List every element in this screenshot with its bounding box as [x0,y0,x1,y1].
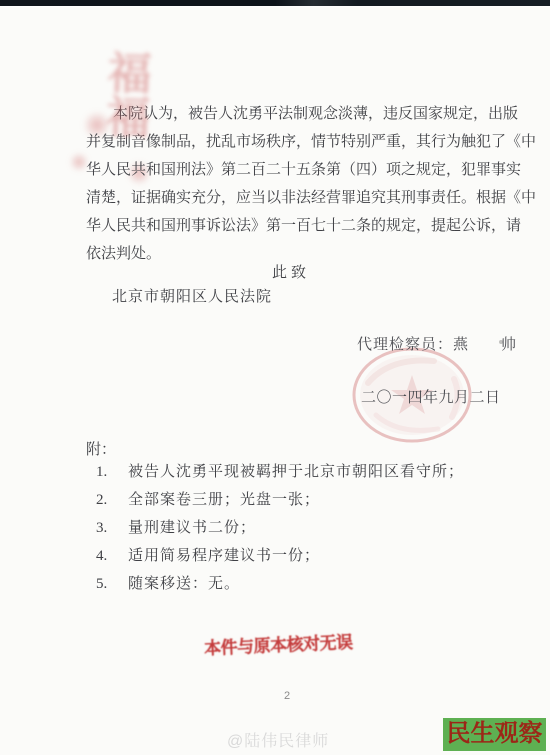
attachments-list: 1. 被告人沈勇平现被羁押于北京市朝阳区看守所； 2. 全部案卷三册；光盘一张；… [96,462,516,602]
court-name-line: 北京市朝阳区人民法院 [112,285,272,306]
attachment-number: 4. [96,546,128,574]
lawyer-watermark: @陆伟民律师 [227,728,329,751]
attachment-item: 5. 随案移送：无。 [96,574,516,602]
attachment-item: 4. 适用简易程序建议书一份； [96,546,516,574]
body-line: 华人民共和国刑法》第二百二十五条第（四）项之规定，犯罪事实 [86,156,514,184]
attachment-item: 3. 量刑建议书二份； [96,518,516,546]
prosecutor-title: 代理检察员： [357,337,453,353]
attachment-text: 量刑建议书二份； [128,518,256,546]
body-line: 并复制音像制品，扰乱市场秩序，情节特别严重，其行为触犯了《中 [86,128,514,156]
partial-red-seal: 福福 [97,49,150,139]
page-number: 2 [284,690,290,702]
attachment-item: 1. 被告人沈勇平现被羁押于北京市朝阳区看守所； [96,462,516,490]
prosecutor-name: 燕 帅 [453,337,517,353]
attachment-number: 2. [96,490,128,518]
badge-text: 民生观察 [447,718,543,751]
scanned-document-page: 福福 本院认为，被告人沈勇平法制观念淡薄，违反国家规定，出版 并复制音像制品，扰… [0,0,550,755]
attachment-text: 被告人沈勇平现被羁押于北京市朝阳区看守所； [128,462,464,490]
verification-stamp: 本件与原本核对无误 [204,628,353,659]
minsheng-observer-badge: 民生观察 [443,718,546,751]
salutation-line: 此致 [272,261,310,282]
attachment-text: 全部案卷三册；光盘一张； [128,490,320,518]
attachment-number: 5. [96,574,128,602]
attachment-text: 适用简易程序建议书一份； [128,546,320,574]
body-line: 本院认为，被告人沈勇平法制观念淡薄，违反国家规定，出版 [86,100,514,128]
body-line: 清楚，证据确实充分，应当以非法经营罪追究其刑事责任。根据《中 [86,184,514,212]
body-paragraph: 本院认为，被告人沈勇平法制观念淡薄，违反国家规定，出版 并复制音像制品，扰乱市场… [86,100,514,268]
attachment-number: 1. [96,462,128,490]
prosecutor-line: 代理检察员：燕 帅 [357,333,517,354]
date-line: 二〇一四年九月二日 [361,386,501,407]
attachment-number: 3. [96,518,128,546]
attachments-heading: 附： [86,438,116,459]
attachment-item: 2. 全部案卷三册；光盘一张； [96,490,516,518]
attachment-text: 随案移送：无。 [128,574,240,602]
scan-top-edge-artifact [0,0,550,6]
body-line: 华人民共和国刑事诉讼法》第一百七十二条的规定，提起公诉，请 [86,212,514,240]
